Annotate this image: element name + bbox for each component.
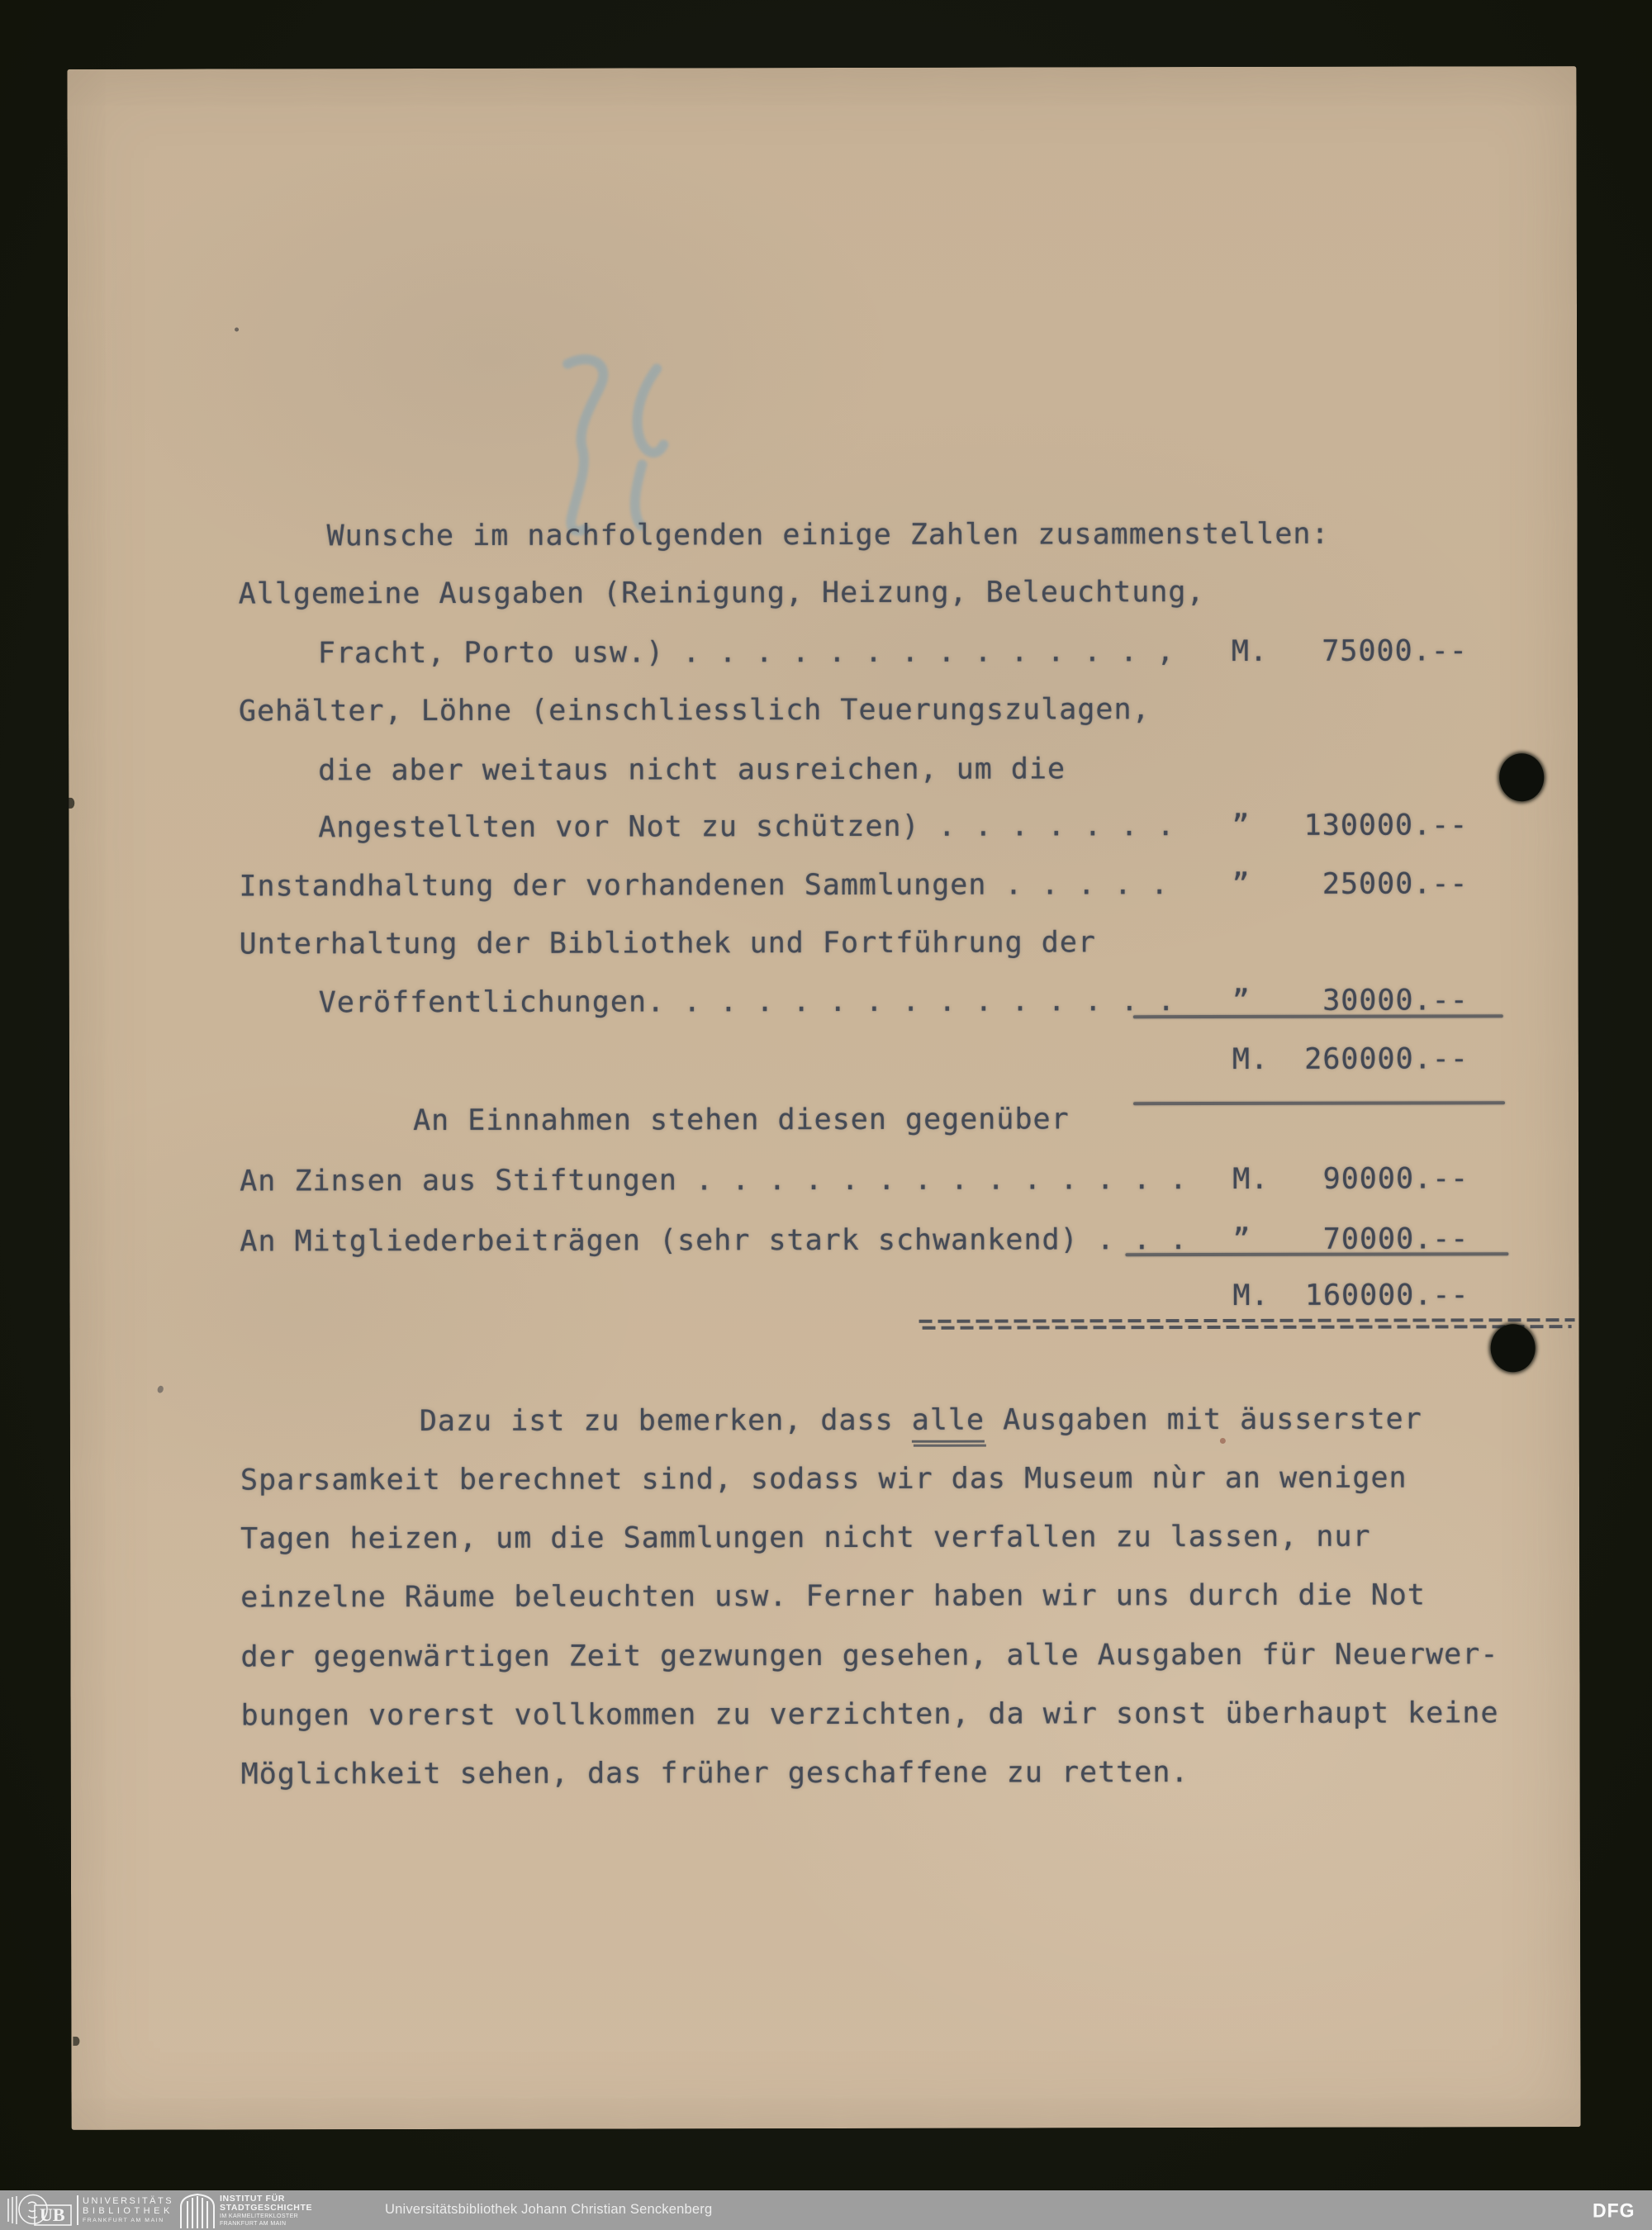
document-page: Wunsche im nachfolgenden einige Zahlen z…: [67, 66, 1580, 2130]
typewritten-line-remark-2: Sparsamkeit berechnet sind, sodass wir d…: [240, 1460, 1408, 1499]
typewritten-line-income-header: An Einnahmen stehen diesen gegenüber: [413, 1101, 1070, 1139]
typewritten-line-maintenance: Instandhaltung der vorhandenen Sammlunge…: [239, 866, 1169, 904]
typewritten-line-salaries-2: die aber weitaus nicht ausreichen, um di…: [318, 751, 1066, 789]
double-dashed-rule: [919, 1318, 1575, 1330]
punch-hole-bottom: [1491, 1324, 1536, 1372]
ink-speck: [156, 1385, 164, 1394]
amount-value: 90000.--: [1323, 1160, 1469, 1197]
currency-mark: ”: [1232, 808, 1250, 844]
library-credit-bar: UB UNIVERSITÄTS BIBLIOTHEK FRANKFURT AM …: [0, 2190, 1652, 2230]
library-name-text: Universitätsbibliothek Johann Christian …: [385, 2202, 712, 2218]
amount-value: 25000.--: [1322, 866, 1469, 902]
amount-interest: M.90000.--: [1232, 1160, 1469, 1198]
amount-general-expenses: M.75000.--: [1232, 633, 1468, 670]
currency-mark: M.: [1232, 1161, 1269, 1198]
amount-value: 130000.--: [1304, 807, 1469, 843]
logo-divider: [77, 2195, 78, 2225]
currency-mark: M.: [1232, 1278, 1269, 1314]
typewritten-line-library-1: Unterhaltung der Bibliothek und Fortführ…: [240, 924, 1096, 962]
typewritten-line-library-2: Veröffentlichungen. . . . . . . . . . . …: [319, 983, 1175, 1021]
typewritten-line-remark-3: Tagen heizen, um die Sammlungen nicht ve…: [240, 1519, 1371, 1558]
amount-maintenance: ”25000.--: [1232, 866, 1468, 903]
typewritten-line-salaries-1: Gehälter, Löhne (einschliesslich Teuerun…: [239, 691, 1151, 729]
institut-stadtgeschichte-arch-icon: [178, 2193, 216, 2228]
dfg-logo: DFG: [1593, 2199, 1635, 2222]
amount-value: 260000.--: [1304, 1041, 1469, 1077]
edge-notch: [73, 2037, 79, 2046]
underlined-word-alle: alle: [912, 1402, 985, 1443]
amount-value: 160000.--: [1305, 1277, 1469, 1313]
currency-mark: ”: [1232, 866, 1250, 903]
currency-mark: M.: [1232, 633, 1268, 670]
ub-logo-text: UNIVERSITÄTS BIBLIOTHEK FRANKFURT AM MAI…: [83, 2196, 173, 2226]
ub-goethe-logo-icon: UB: [7, 2194, 74, 2227]
typewritten-line-remark-6: bungen vorerst vollkommen zu verzichten,…: [241, 1695, 1499, 1734]
typewritten-line-salaries-3: Angestellten vor Not zu schützen) . . . …: [318, 808, 1175, 846]
amount-publications: ”30000.--: [1232, 982, 1469, 1019]
amount-value: 30000.--: [1322, 982, 1469, 1018]
edge-notch: [67, 798, 74, 809]
typewritten-line-intro: Wunsche im nachfolgenden einige Zahlen z…: [327, 516, 1330, 555]
currency-mark: M.: [1232, 1041, 1269, 1078]
amount-sum-expenses: M.260000.--: [1232, 1041, 1469, 1078]
typewritten-line-remark-5: der gegenwärtigen Zeit gezwungen gesehen…: [240, 1636, 1498, 1675]
amount-value: 75000.--: [1322, 633, 1468, 669]
typewritten-line-general-expenses-2: Fracht, Porto usw.) . . . . . . . . . . …: [318, 633, 1175, 671]
sum-rule-expenses-total: [1133, 1101, 1505, 1105]
ink-speck: [235, 327, 239, 331]
amount-salaries: ”130000.--: [1232, 807, 1468, 844]
typewritten-line-interest: An Zinsen aus Stiftungen . . . . . . . .…: [240, 1161, 1188, 1199]
typewritten-line-remark-7: Möglichkeit sehen, das früher geschaffen…: [241, 1754, 1189, 1792]
institut-logo-text: INSTITUT FÜR STADTGESCHICHTE IM KARMELIT…: [220, 2194, 312, 2228]
rust-speck: [1220, 1438, 1226, 1444]
typewritten-line-general-expenses-1: Allgemeine Ausgaben (Reinigung, Heizung,…: [239, 574, 1205, 612]
typewritten-line-remark-1: Dazu ist zu bemerken, dass alle Ausgaben…: [420, 1401, 1422, 1444]
currency-mark: ”: [1232, 983, 1251, 1019]
scan-viewer-canvas: Wunsche im nachfolgenden einige Zahlen z…: [0, 0, 1652, 2230]
typewritten-line-member-fees: An Mitgliederbeiträgen (sehr stark schwa…: [240, 1222, 1188, 1260]
svg-text:UB: UB: [40, 2204, 65, 2225]
amount-sum-income: M.160000.--: [1232, 1277, 1469, 1314]
typewritten-line-remark-4: einzelne Räume beleuchten usw. Ferner ha…: [240, 1577, 1426, 1616]
punch-hole-top: [1499, 753, 1544, 801]
